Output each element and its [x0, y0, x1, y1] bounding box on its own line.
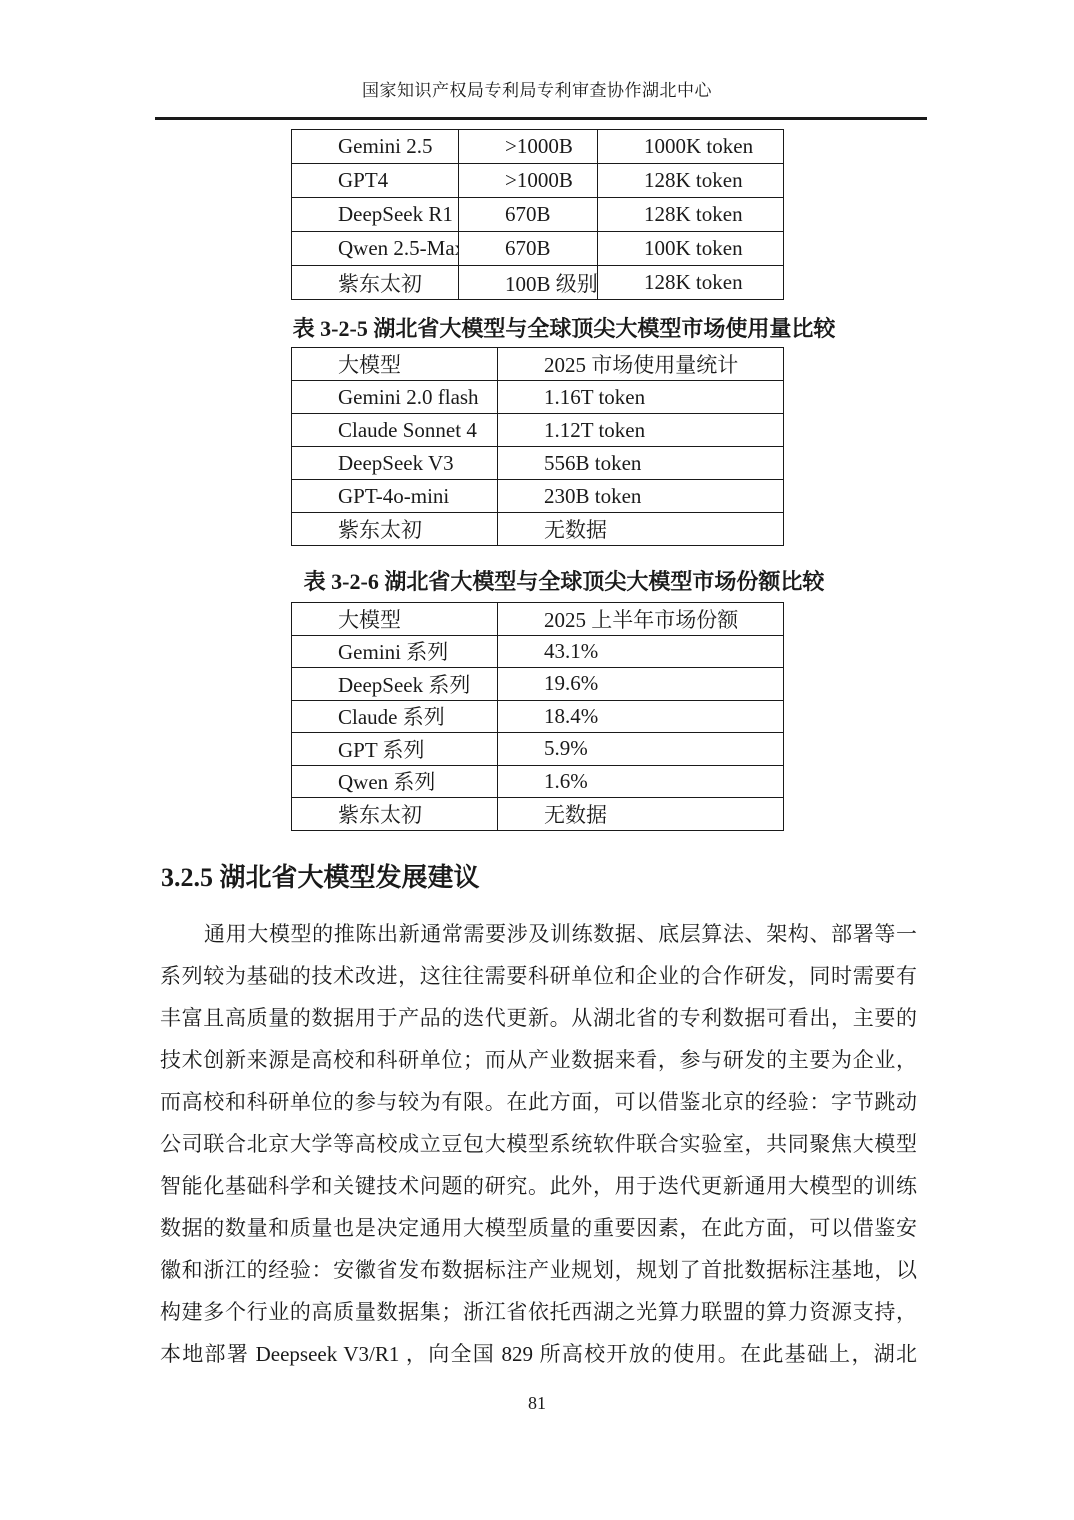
table-row: DeepSeek R1670B128K token — [292, 198, 784, 232]
table-cell: Claude 系列 — [292, 700, 498, 733]
paragraph-line: 丰富且高质量的数据用于产品的迭代更新。从湖北省的专利数据可看出，主要的 — [160, 997, 917, 1039]
table-market-usage: 大模型2025 市场使用量统计Gemini 2.0 flash1.16T tok… — [291, 347, 784, 546]
table-row: DeepSeek 系列19.6% — [292, 668, 784, 701]
table-row: GPT4>1000B128K token — [292, 164, 784, 198]
table-cell: 无数据 — [498, 513, 784, 546]
table-cell: 紫东太初 — [292, 798, 498, 831]
table-caption-3-2-6: 表 3-2-6 湖北省大模型与全球顶尖大模型市场份额比较 — [0, 565, 1074, 596]
table-row: Claude Sonnet 41.12T token — [292, 414, 784, 447]
table-row: Gemini 2.5>1000B1000K token — [292, 130, 784, 164]
table-cell: Gemini 2.5 — [292, 130, 459, 164]
table-cell: 670B — [459, 198, 598, 232]
page-header-title: 国家知识产权局专利局专利审查协作湖北中心 — [0, 76, 1074, 101]
header-cell: 大模型 — [292, 603, 498, 636]
paragraph-line: 智能化基础科学和关键技术问题的研究。此外，用于迭代更新通用大模型的训练 — [160, 1165, 917, 1207]
table-cell: Gemini 系列 — [292, 635, 498, 668]
table-cell: 1.6% — [498, 765, 784, 798]
paragraph-line: 徽和浙江的经验：安徽省发布数据标注产业规划，规划了首批数据标注基地，以 — [160, 1249, 917, 1291]
table-cell: GPT-4o-mini — [292, 480, 498, 513]
paragraph-line: 通用大模型的推陈出新通常需要涉及训练数据、底层算法、架构、部署等一 — [160, 913, 917, 955]
table-cell: 128K token — [598, 266, 784, 300]
table-row: DeepSeek V3556B token — [292, 447, 784, 480]
table-cell: 5.9% — [498, 733, 784, 766]
table-cell: DeepSeek V3 — [292, 447, 498, 480]
table-cell: 128K token — [598, 198, 784, 232]
table-cell: 100B 级别 — [459, 266, 598, 300]
table-cell: 19.6% — [498, 668, 784, 701]
paragraph-line: 而高校和科研单位的参与较为有限。在此方面，可以借鉴北京的经验：字节跳动 — [160, 1081, 917, 1123]
header-cell: 2025 上半年市场份额 — [498, 603, 784, 636]
table-cell: 紫东太初 — [292, 266, 459, 300]
table-cell: 18.4% — [498, 700, 784, 733]
paragraph-line: 数据的数量和质量也是决定通用大模型质量的重要因素，在此方面，可以借鉴安 — [160, 1207, 917, 1249]
table-row: Qwen 系列1.6% — [292, 765, 784, 798]
table-row: 紫东太初100B 级别128K token — [292, 266, 784, 300]
table-row: 紫东太初无数据 — [292, 798, 784, 831]
table-row: 紫东太初无数据 — [292, 513, 784, 546]
header-rule — [155, 117, 927, 120]
paragraph-line: 技术创新来源是高校和科研单位；而从产业数据来看，参与研发的主要为企业， — [160, 1039, 917, 1081]
table-cell: Claude Sonnet 4 — [292, 414, 498, 447]
table-cell: >1000B — [459, 130, 598, 164]
table-row: Gemini 系列43.1% — [292, 635, 784, 668]
table-market-share: 大模型2025 上半年市场份额Gemini 系列43.1%DeepSeek 系列… — [291, 602, 784, 831]
table-cell: DeepSeek 系列 — [292, 668, 498, 701]
table-cell: DeepSeek R1 — [292, 198, 459, 232]
section-heading-3-2-5: 3.2.5 湖北省大模型发展建议 — [161, 861, 480, 895]
paragraph-line: 公司联合北京大学等高校成立豆包大模型系统软件联合实验室，共同聚焦大模型 — [160, 1123, 917, 1165]
table-cell: 1000K token — [598, 130, 784, 164]
table-cell: 无数据 — [498, 798, 784, 831]
table-cell: GPT 系列 — [292, 733, 498, 766]
table-cell: 100K token — [598, 232, 784, 266]
body-paragraph: 通用大模型的推陈出新通常需要涉及训练数据、底层算法、架构、部署等一系列较为基础的… — [160, 913, 917, 1375]
header-cell: 2025 市场使用量统计 — [498, 348, 784, 381]
paragraph-line: 本地部署 Deepseek V3/R1 ，向全国 829 所高校开放的使用。在此… — [160, 1333, 917, 1375]
header-cell: 大模型 — [292, 348, 498, 381]
page-number: 81 — [0, 1393, 1074, 1414]
table-row: GPT 系列5.9% — [292, 733, 784, 766]
table-cell: 43.1% — [498, 635, 784, 668]
table-caption-3-2-5: 表 3-2-5 湖北省大模型与全球顶尖大模型市场使用量比较 — [0, 312, 1074, 343]
table-row: Qwen 2.5-Max670B100K token — [292, 232, 784, 266]
table-model-parameters-continued: Gemini 2.5>1000B1000K tokenGPT4>1000B128… — [291, 129, 784, 300]
table-cell: 670B — [459, 232, 598, 266]
table-cell: 1.12T token — [498, 414, 784, 447]
table-cell: 紫东太初 — [292, 513, 498, 546]
table-cell: 128K token — [598, 164, 784, 198]
table-cell: 556B token — [498, 447, 784, 480]
table-cell: Gemini 2.0 flash — [292, 381, 498, 414]
table-cell: 1.16T token — [498, 381, 784, 414]
table-cell: Qwen 2.5-Max — [292, 232, 459, 266]
table-header-row: 大模型2025 市场使用量统计 — [292, 348, 784, 381]
paragraph-line: 系列较为基础的技术改进，这往往需要科研单位和企业的合作研发，同时需要有 — [160, 955, 917, 997]
table-cell: >1000B — [459, 164, 598, 198]
table-header-row: 大模型2025 上半年市场份额 — [292, 603, 784, 636]
paragraph-line: 构建多个行业的高质量数据集；浙江省依托西湖之光算力联盟的算力资源支持， — [160, 1291, 917, 1333]
table-cell: GPT4 — [292, 164, 459, 198]
table-cell: 230B token — [498, 480, 784, 513]
table-cell: Qwen 系列 — [292, 765, 498, 798]
table-row: Claude 系列18.4% — [292, 700, 784, 733]
table-row: GPT-4o-mini230B token — [292, 480, 784, 513]
table-row: Gemini 2.0 flash1.16T token — [292, 381, 784, 414]
